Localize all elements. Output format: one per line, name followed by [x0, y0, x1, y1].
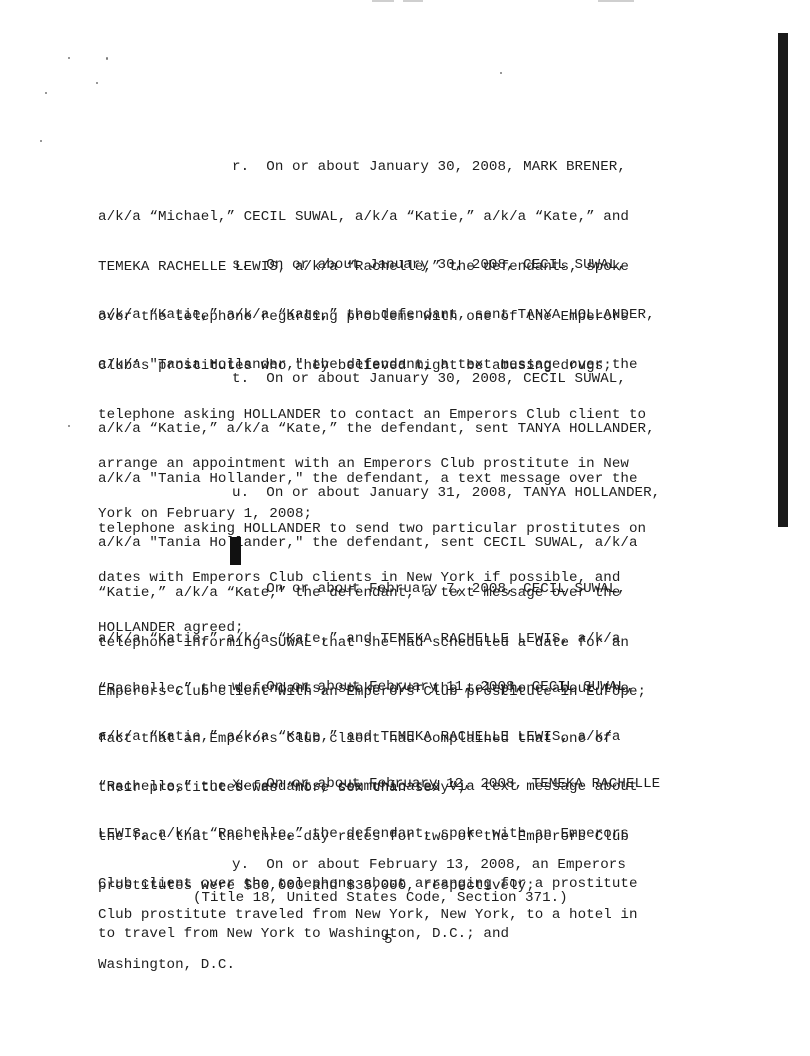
paragraph-line: Club prostitute traveled from New York, …	[98, 907, 718, 924]
scan-speck	[96, 82, 98, 84]
paragraph-line: u. On or about January 31, 2008, TANYA H…	[98, 485, 718, 502]
scan-speck	[106, 57, 108, 60]
document-page: r. On or about January 30, 2008, MARK BR…	[0, 0, 810, 1056]
paragraph-line: s. On or about January 30, 2008, CECIL S…	[98, 257, 718, 274]
scan-artifact-top	[598, 0, 634, 2]
redaction-block	[230, 537, 241, 565]
paragraph-line: x. On or about February 12, 2008, TEMEKA…	[98, 776, 718, 793]
paragraph-line: Washington, D.C.	[98, 957, 718, 974]
scan-speck	[45, 92, 47, 94]
paragraph-line: w. On or about February 11, 2008, CECIL …	[98, 679, 718, 696]
paragraph-y: y. On or about February 13, 2008, an Emp…	[98, 824, 718, 1007]
scan-speck	[68, 425, 70, 427]
page-number: 5	[384, 932, 393, 949]
paragraph-line: . On or about February 7, 2008, CECIL SU…	[98, 581, 718, 598]
scan-artifact-top	[403, 0, 423, 2]
paragraph-line: r. On or about January 30, 2008, MARK BR…	[98, 159, 718, 176]
scan-speck	[68, 57, 70, 59]
paragraph-line: t. On or about January 30, 2008, CECIL S…	[98, 371, 718, 388]
revision-margin-bar	[778, 33, 788, 527]
scan-speck	[40, 140, 42, 142]
paragraph-line: y. On or about February 13, 2008, an Emp…	[98, 857, 718, 874]
scan-speck	[500, 72, 502, 74]
statute-citation: (Title 18, United States Code, Section 3…	[193, 890, 568, 907]
paragraph-line: a/k/a “Katie,” a/k/a “Kate,” the defenda…	[98, 307, 718, 324]
scan-artifact-top	[372, 0, 394, 2]
paragraph-line: a/k/a “Katie,” a/k/a “Kate,” the defenda…	[98, 421, 718, 438]
